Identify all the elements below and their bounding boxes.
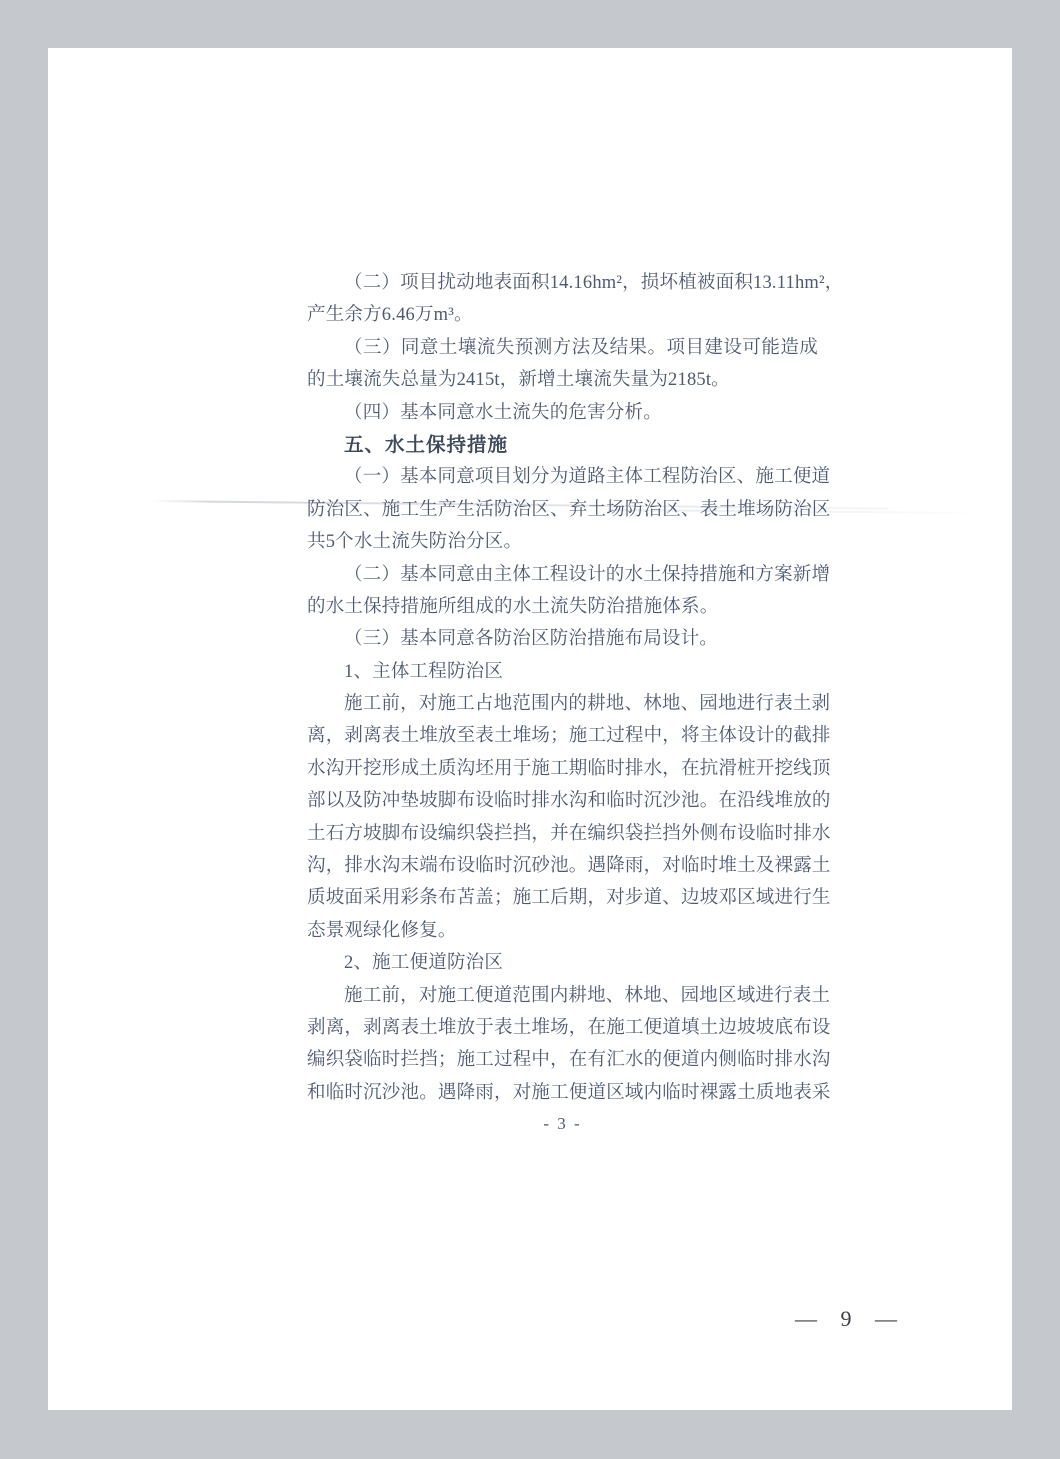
text-line: 共5个水土流失防治分区。 [307, 526, 818, 558]
text-line: 部以及防冲垫坡脚布设临时排水沟和临时沉沙池。在沿线堆放的 [307, 785, 818, 817]
text-line: （三）同意土壤流失预测方法及结果。项目建设可能造成 [307, 332, 818, 364]
text-line: 施工前，对施工便道范围内耕地、林地、园地区域进行表土 [307, 980, 818, 1012]
text-line: 质坡面采用彩条布苫盖；施工后期，对步道、边坡邓区域进行生 [307, 882, 818, 914]
page-number-footer: - 3 - [307, 1114, 818, 1134]
subsection-heading: 2、施工便道防治区 [307, 947, 818, 979]
text-line: （一）基本同意项目划分为道路主体工程防治区、施工便道 [307, 461, 818, 493]
text-line: 和临时沉沙池。遇降雨，对施工便道区域内临时裸露土质地表采 [307, 1077, 818, 1109]
text-line: 土石方坡脚布设编织袋拦挡，并在编织袋拦挡外侧布设临时排水 [307, 818, 818, 850]
text-line: 离，剥离表土堆放至表土堆场；施工过程中，将主体设计的截排 [307, 720, 818, 752]
text-line: 的水土保持措施所组成的水土流失防治措施体系。 [307, 591, 818, 623]
scanned-document-background: （二）项目扰动地表面积14.16hm²，损坏植被面积13.11hm²， 产生余方… [0, 0, 1060, 1459]
text-line: 编织袋临时拦挡；施工过程中，在有汇水的便道内侧临时排水沟 [307, 1044, 818, 1076]
text-line: （三）基本同意各防治区防治措施布局设计。 [307, 623, 818, 655]
text-line: （二）项目扰动地表面积14.16hm²，损坏植被面积13.11hm²， [307, 267, 818, 299]
text-line: 水沟开挖形成土质沟坯用于施工期临时排水，在抗滑桩开挖线顶 [307, 753, 818, 785]
text-line: 的土壤流失总量为2415t，新增土壤流失量为2185t。 [307, 364, 818, 396]
sheet-page-number: — 9 — [762, 1306, 932, 1332]
text-line: 态景观绿化修复。 [307, 915, 818, 947]
text-line: （二）基本同意由主体工程设计的水土保持措施和方案新增 [307, 559, 818, 591]
text-line: 产生余方6.46万m³。 [307, 299, 818, 331]
text-line: 防治区、施工生产生活防治区、弃土场防治区、表土堆场防治区 [307, 494, 818, 526]
section-heading: 五、水土保持措施 [307, 429, 818, 461]
text-line: 沟，排水沟末端布设临时沉砂池。遇降雨，对临时堆土及裸露土 [307, 850, 818, 882]
text-line: 施工前，对施工占地范围内的耕地、林地、园地进行表土剥 [307, 688, 818, 720]
document-page: （二）项目扰动地表面积14.16hm²，损坏植被面积13.11hm²， 产生余方… [48, 48, 1012, 1410]
text-line: （四）基本同意水土流失的危害分析。 [307, 397, 818, 429]
text-line: 剥离，剥离表土堆放于表土堆场，在施工便道填土边坡坡底布设 [307, 1012, 818, 1044]
document-text-block: （二）项目扰动地表面积14.16hm²，损坏植被面积13.11hm²， 产生余方… [307, 267, 818, 1109]
subsection-heading: 1、主体工程防治区 [307, 656, 818, 688]
